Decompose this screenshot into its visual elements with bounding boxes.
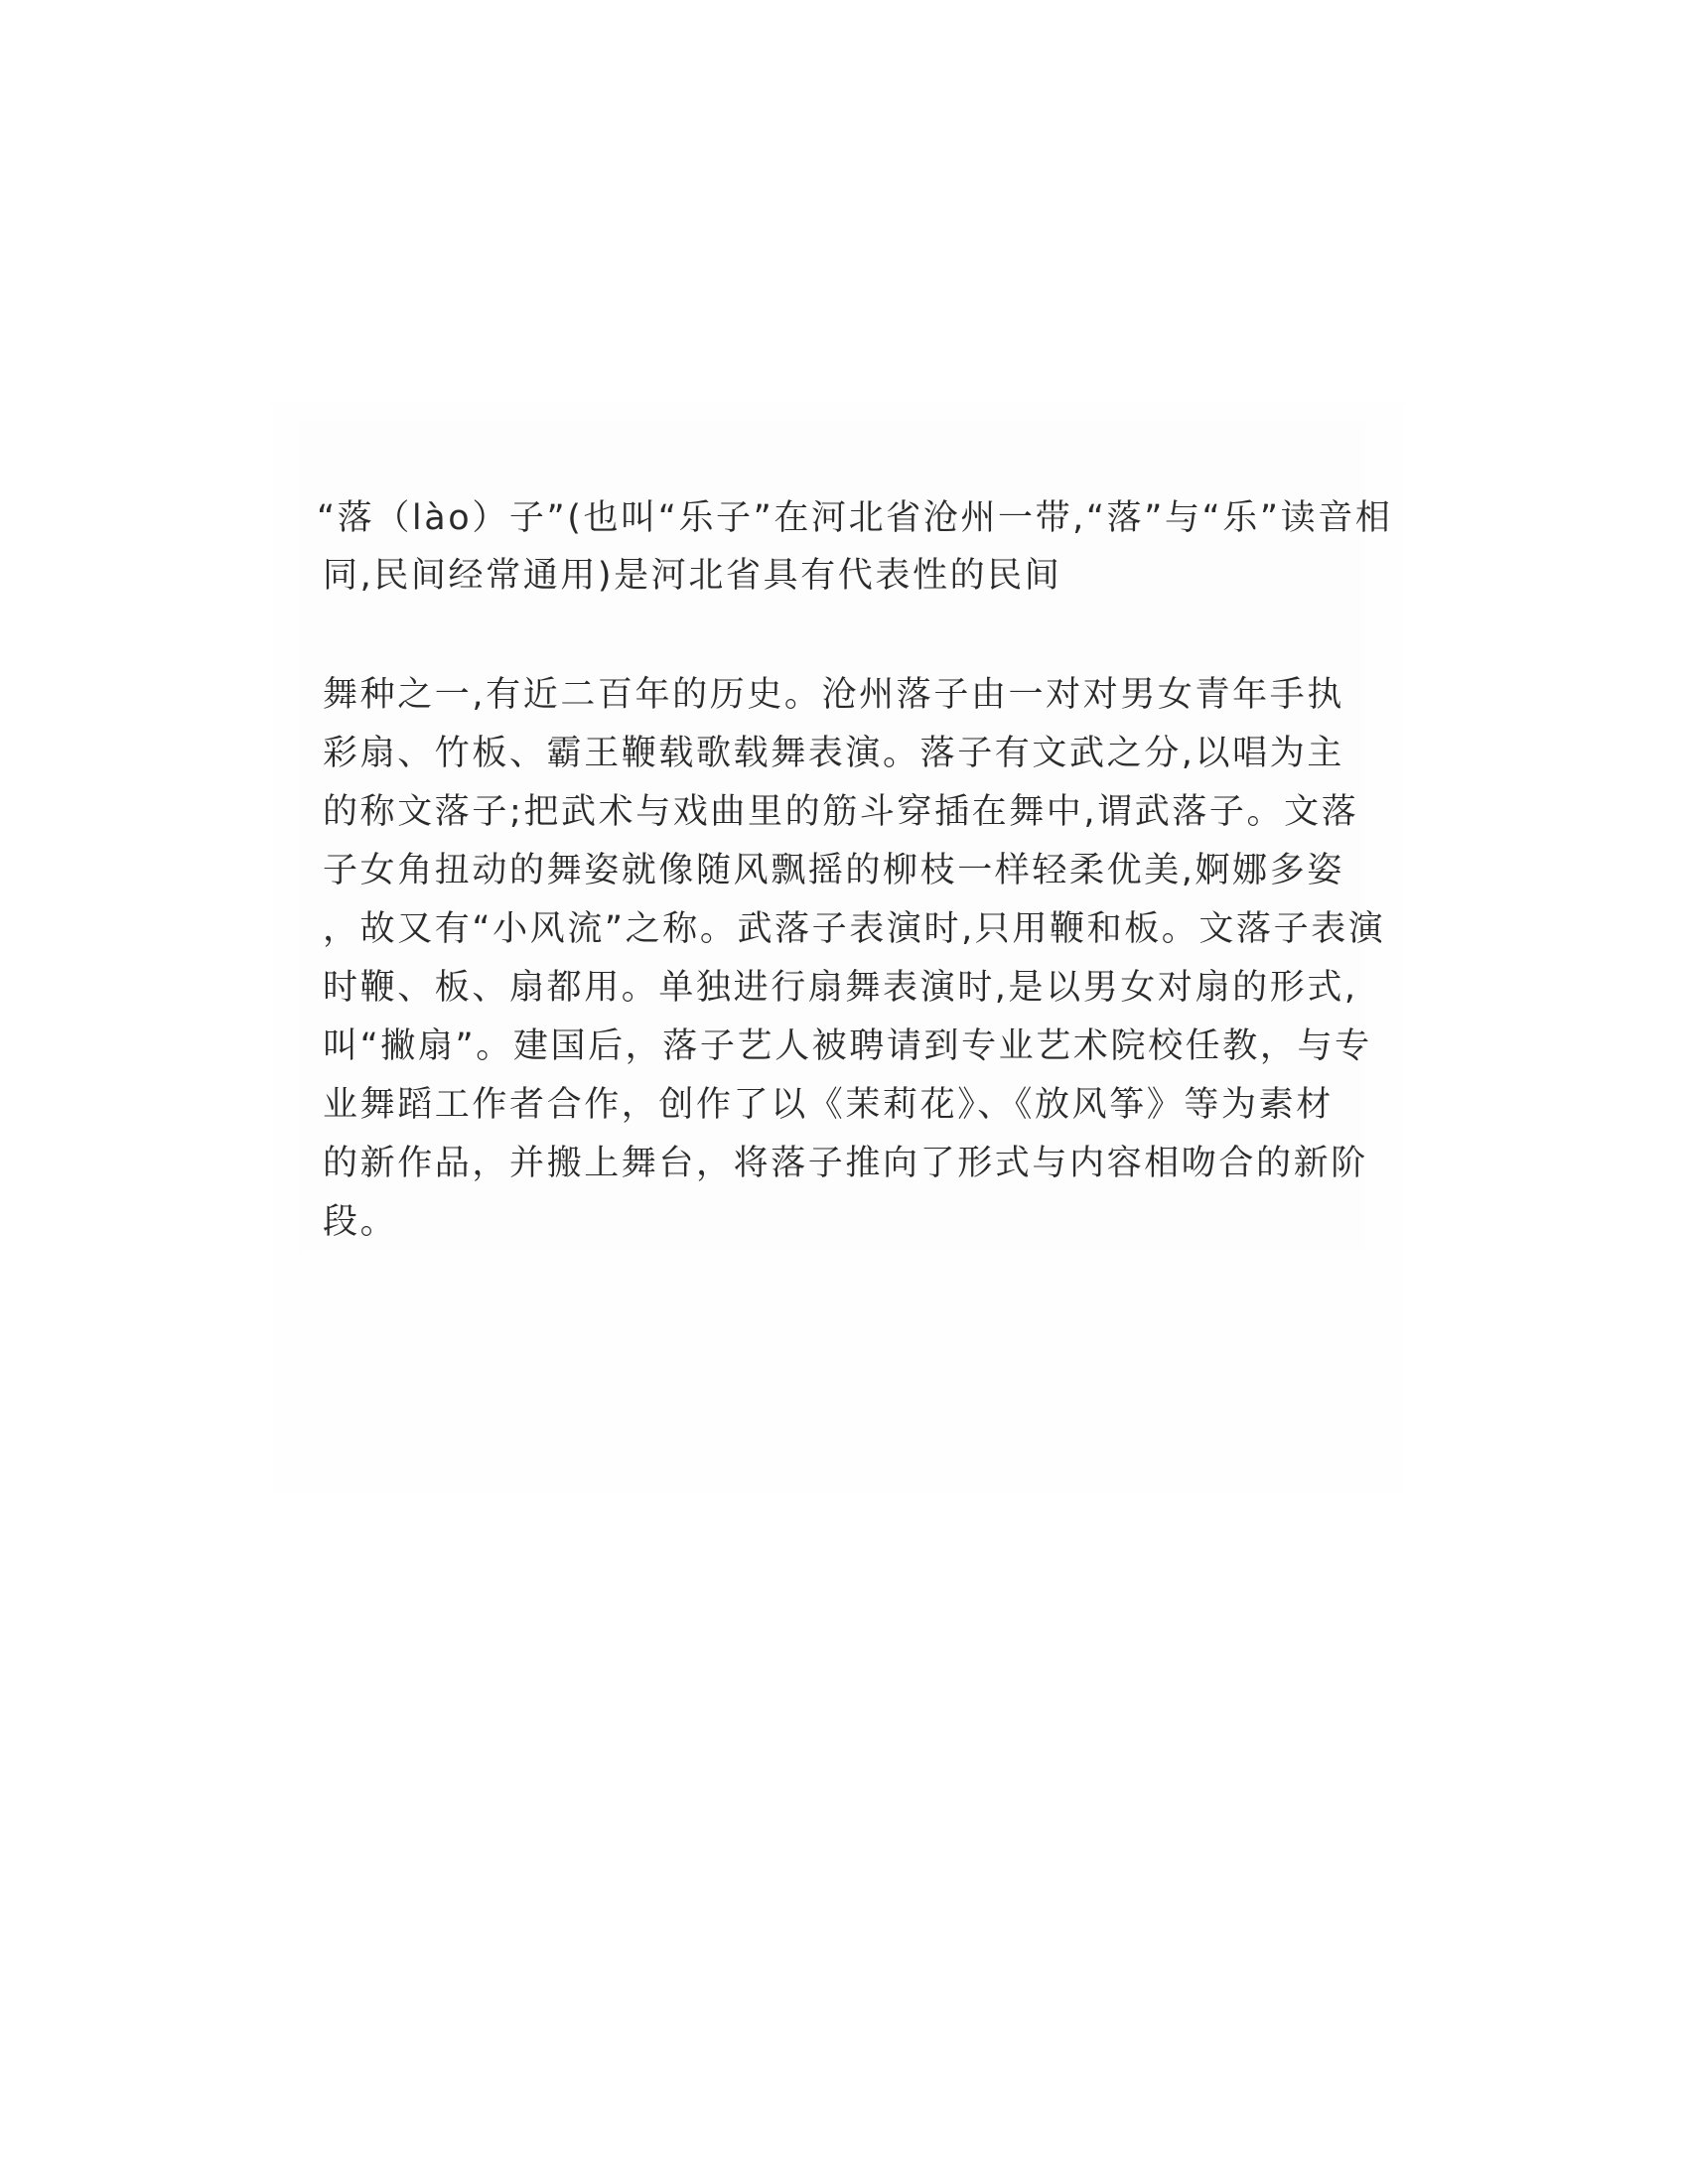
text-line: 子女角扭动的舞姿就像随风飘摇的柳枝一样轻柔优美,婀娜多姿 <box>323 851 1344 890</box>
text-line: 段。 <box>323 1202 397 1242</box>
text-line: 叫“撇扇”。建国后，落子艺人被聘请到专业艺术院校任教，与专 <box>323 1026 1372 1066</box>
text-line: 时鞭、板、扇都用。单独进行扇舞表演时,是以男女对扇的形式, <box>323 968 1358 1008</box>
text-line: 同,民间经常通用)是河北省具有代表性的民间 <box>323 556 1061 596</box>
text-line: 的称文落子;把武术与戏曲里的筋斗穿插在舞中,谓武落子。文落 <box>323 792 1358 832</box>
text-line: ，故又有“小风流”之称。武落子表演时,只用鞭和板。文落子表演 <box>323 909 1385 949</box>
text-line: 舞种之一,有近二百年的历史。沧州落子由一对对男女青年手执 <box>323 675 1344 715</box>
text-line: 彩扇、竹板、霸王鞭载歌载舞表演。落子有文武之分,以唱为主 <box>323 734 1344 773</box>
text-line: 业舞蹈工作者合作，创作了以《茉莉花》、《放风筝》等为素材 <box>323 1085 1334 1125</box>
text-line: “落（lào）子”(也叫“乐子”在河北省沧州一带,“落”与“乐”读音相 <box>317 498 1392 538</box>
text-background-panel <box>298 422 1365 1251</box>
text-line: 的新作品，并搬上舞台，将落子推向了形式与内容相吻合的新阶 <box>323 1144 1368 1183</box>
